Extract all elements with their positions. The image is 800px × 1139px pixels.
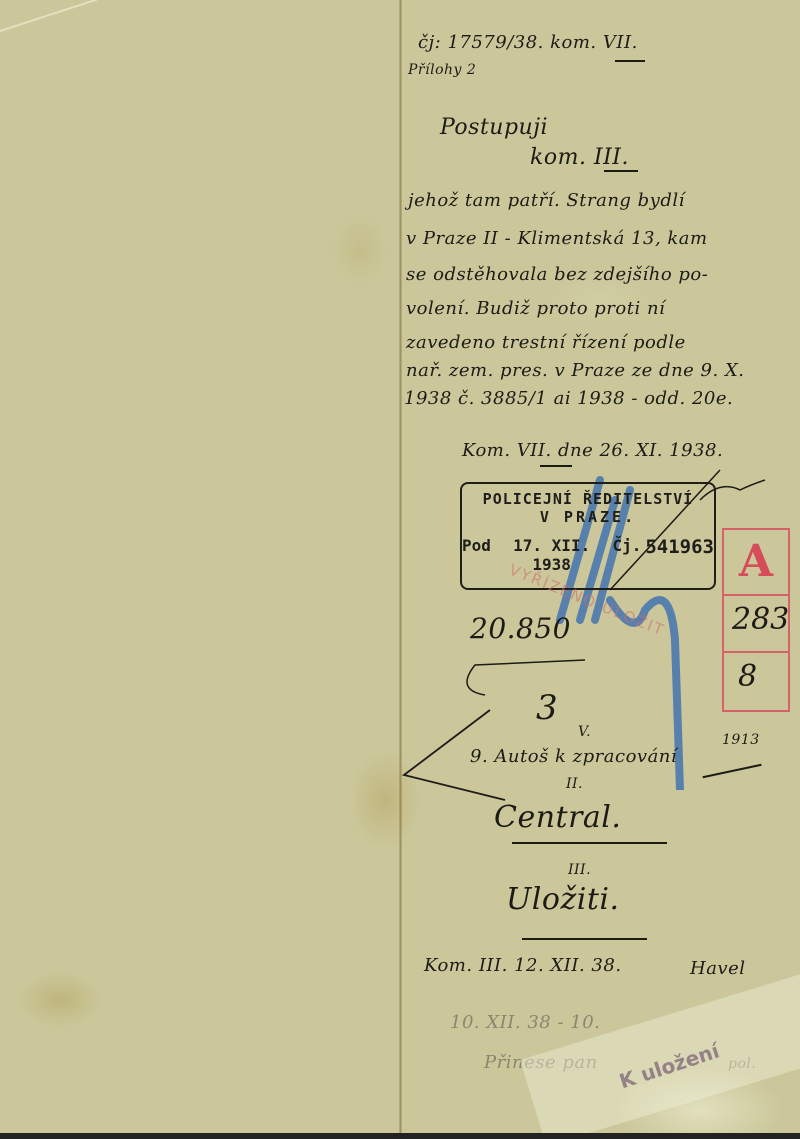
body-line-7: 1938 č. 3885/1 ai 1938 - odd. 20e. (404, 388, 733, 409)
underline (522, 938, 647, 940)
store-instruction: Uložiti. (506, 882, 620, 917)
register-value-1: 283 (732, 602, 789, 637)
paper-crease (0, 0, 133, 32)
mark-three: 3 (536, 688, 558, 728)
register-value-2: 8 (738, 659, 757, 694)
closing-line: Kom. III. 12. XII. 38. (424, 955, 622, 976)
body-line-1: jehož tam patří. Strang bydlí (408, 190, 685, 211)
body-line-5: zavedeno trestní řízení podle (406, 332, 686, 353)
note-year: 1913 (722, 732, 760, 748)
body-line-4: volení. Budiž proto proti ní (406, 298, 665, 319)
body-line-2: v Praze II - Klimentská 13, kam (406, 228, 708, 249)
underline (615, 60, 645, 62)
underline (604, 170, 638, 172)
pencil-date: 10. XII. 38 - 10. (450, 1012, 600, 1033)
signature: Havel (690, 958, 746, 979)
body-line-3: se odstěhovala bez zdejšího po- (406, 264, 708, 285)
scan-edge (0, 1133, 800, 1139)
stamp-letter-a: A (724, 530, 788, 594)
note-five: 9. Autoš k zpracování (470, 746, 677, 767)
body-line-6: nař. zem. pres. v Praze ze dne 9. X. (406, 360, 744, 381)
header-ref: čj: 17579/38. kom. VII. (418, 32, 638, 53)
central-label: Central. (494, 800, 621, 835)
left-page-blank (0, 0, 400, 1133)
document-sheet: čj: 17579/38. kom. VII. Přílohy 2 Postup… (0, 0, 800, 1133)
roman-three: III. (568, 862, 591, 878)
underline (540, 465, 572, 467)
dated-line: Kom. VII. dne 26. XI. 1938. (462, 440, 723, 461)
stamp-pod-label: Pod (462, 536, 491, 574)
bracket-stroke-icon (455, 650, 595, 700)
roman-five: V. (578, 724, 591, 740)
a-register-stamp: A 283 8 (722, 528, 790, 712)
underline (512, 842, 667, 844)
to-department: kom. III. (530, 145, 629, 170)
forward-label: Postupuji (440, 115, 548, 140)
attachments: Přílohy 2 (408, 62, 476, 78)
roman-two: II. (566, 776, 583, 792)
reference-number: 20.850 (470, 612, 571, 645)
